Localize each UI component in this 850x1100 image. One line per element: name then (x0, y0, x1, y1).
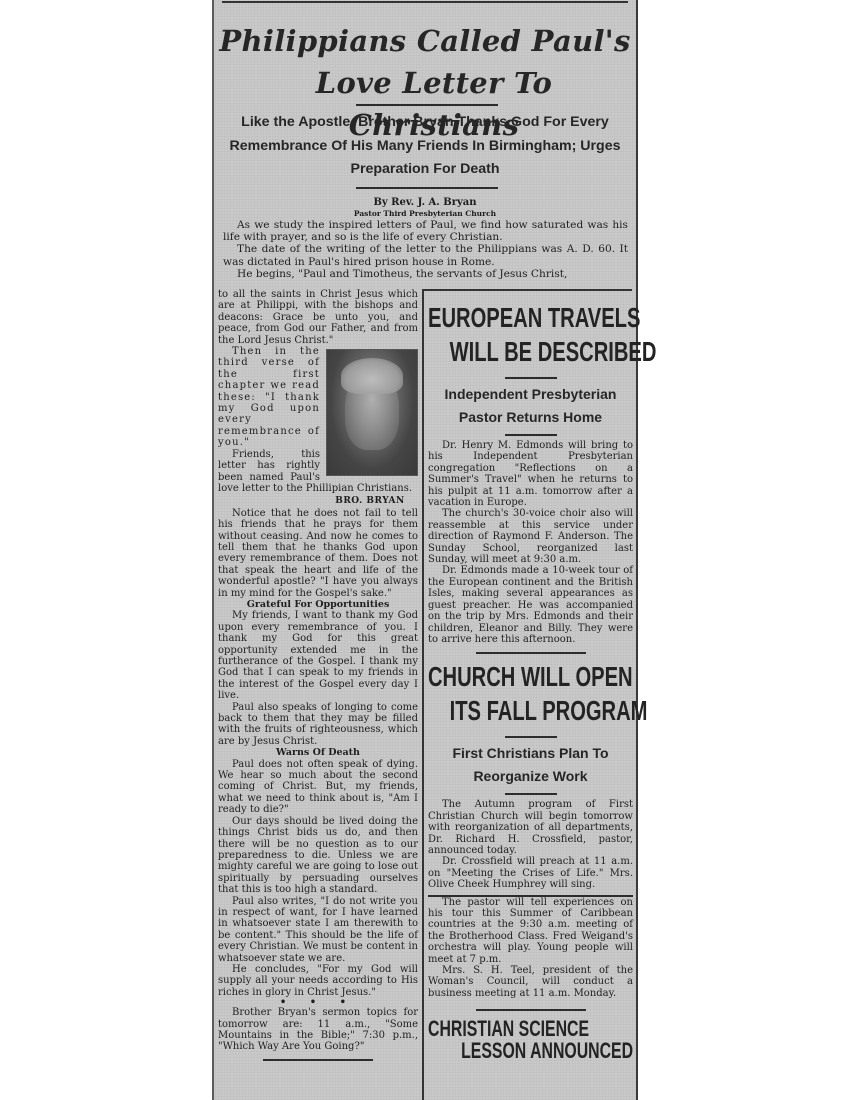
intro-paragraph: As we study the inspired letters of Paul… (223, 219, 628, 243)
body-paragraph: The pastor will tell experiences on his … (428, 897, 633, 965)
photo-hair (341, 358, 403, 394)
sermon-topics: Brother Bryan's sermon topics for tomorr… (218, 1007, 418, 1053)
main-deck: Like the Apostle, Brother Bryan Thanks G… (220, 111, 630, 182)
church-deck-rule (505, 793, 557, 795)
end-rule (263, 1059, 373, 1061)
intro-paragraph: The date of the writing of the letter to… (223, 243, 628, 267)
church-story: CHURCH WILL OPEN ITS FALL PROGRAM First … (428, 660, 633, 1011)
european-rule (505, 377, 557, 379)
body-paragraph: Paul also writes, "I do not write you in… (218, 896, 418, 964)
science-story: CHRISTIAN SCIENCE LESSON ANNOUNCED (428, 1018, 633, 1062)
headline-rule (356, 104, 498, 106)
body-paragraph: to all the saints in Christ Jesus which … (218, 289, 418, 346)
body-paragraph: My friends, I want to thank my God upon … (218, 610, 418, 701)
subhead-warns: Warns Of Death (218, 747, 418, 758)
byline-author: By Rev. J. A. Bryan (373, 197, 476, 208)
science-headline-line2: LESSON ANNOUNCED (428, 1040, 576, 1062)
church-rule (505, 736, 557, 738)
church-headline-line1: CHURCH WILL OPEN (428, 660, 576, 694)
church-headline-line2: ITS FALL PROGRAM (428, 694, 576, 728)
european-body: Dr. Henry M. Edmonds will bring to his I… (428, 440, 633, 645)
body-paragraph: Dr. Edmonds made a 10-week tour of the E… (428, 565, 633, 645)
newspaper-clipping: Philippians Called Paul's Love Letter To… (212, 0, 638, 1100)
left-column: to all the saints in Christ Jesus which … (218, 289, 418, 1061)
portrait-photo (326, 349, 418, 476)
church-end-rule (476, 1009, 586, 1011)
deck-rule (356, 187, 498, 189)
article-intro: As we study the inspired letters of Paul… (223, 219, 628, 280)
main-headline-line1: Philippians Called Paul's (219, 24, 630, 58)
church-deck: First Christians Plan To Reorganize Work (428, 742, 633, 788)
european-story: EUROPEAN TRAVELS WILL BE DESCRIBED Indep… (428, 301, 633, 654)
european-deck-rule (505, 434, 557, 436)
subhead-grateful: Grateful For Opportunities (218, 599, 418, 610)
european-headline-line2: WILL BE DESCRIBED (428, 335, 576, 369)
body-paragraph: Our days should be lived doing the thing… (218, 816, 418, 896)
byline: By Rev. J. A. Bryan Pastor Third Presbyt… (214, 197, 636, 218)
body-paragraph: He concludes, "For my God will supply al… (218, 964, 418, 998)
european-end-rule (476, 652, 586, 654)
body-paragraph: The Autumn program of First Christian Ch… (428, 799, 633, 856)
body-paragraph: Dr. Henry M. Edmonds will bring to his I… (428, 440, 633, 508)
separator-dots: • • • (218, 998, 418, 1007)
right-column: EUROPEAN TRAVELS WILL BE DESCRIBED Indep… (428, 291, 633, 1062)
column-divider (422, 289, 424, 1100)
european-headline-line1: EUROPEAN TRAVELS (428, 301, 576, 335)
byline-title: Pastor Third Presbyterian Church (214, 209, 636, 218)
science-headline-line1: CHRISTIAN SCIENCE (428, 1018, 576, 1040)
body-paragraph: The church's 30-voice choir also will re… (428, 508, 633, 565)
intro-paragraph: He begins, "Paul and Timotheus, the serv… (223, 268, 628, 280)
body-paragraph: Mrs. S. H. Teel, president of the Woman'… (428, 965, 633, 999)
top-border-rule (222, 1, 628, 3)
body-paragraph: Dr. Crossfield will preach at 11 a.m. on… (428, 856, 633, 890)
church-body: The Autumn program of First Christian Ch… (428, 799, 633, 999)
body-paragraph: Notice that he does not fail to tell his… (218, 508, 418, 599)
body-paragraph: Paul does not often speak of dying. We h… (218, 759, 418, 816)
european-deck: Independent Presbyterian Pastor Returns … (428, 383, 633, 429)
photo-caption: BRO. BRYAN (322, 496, 418, 507)
body-paragraph: Paul also speaks of longing to come back… (218, 702, 418, 748)
